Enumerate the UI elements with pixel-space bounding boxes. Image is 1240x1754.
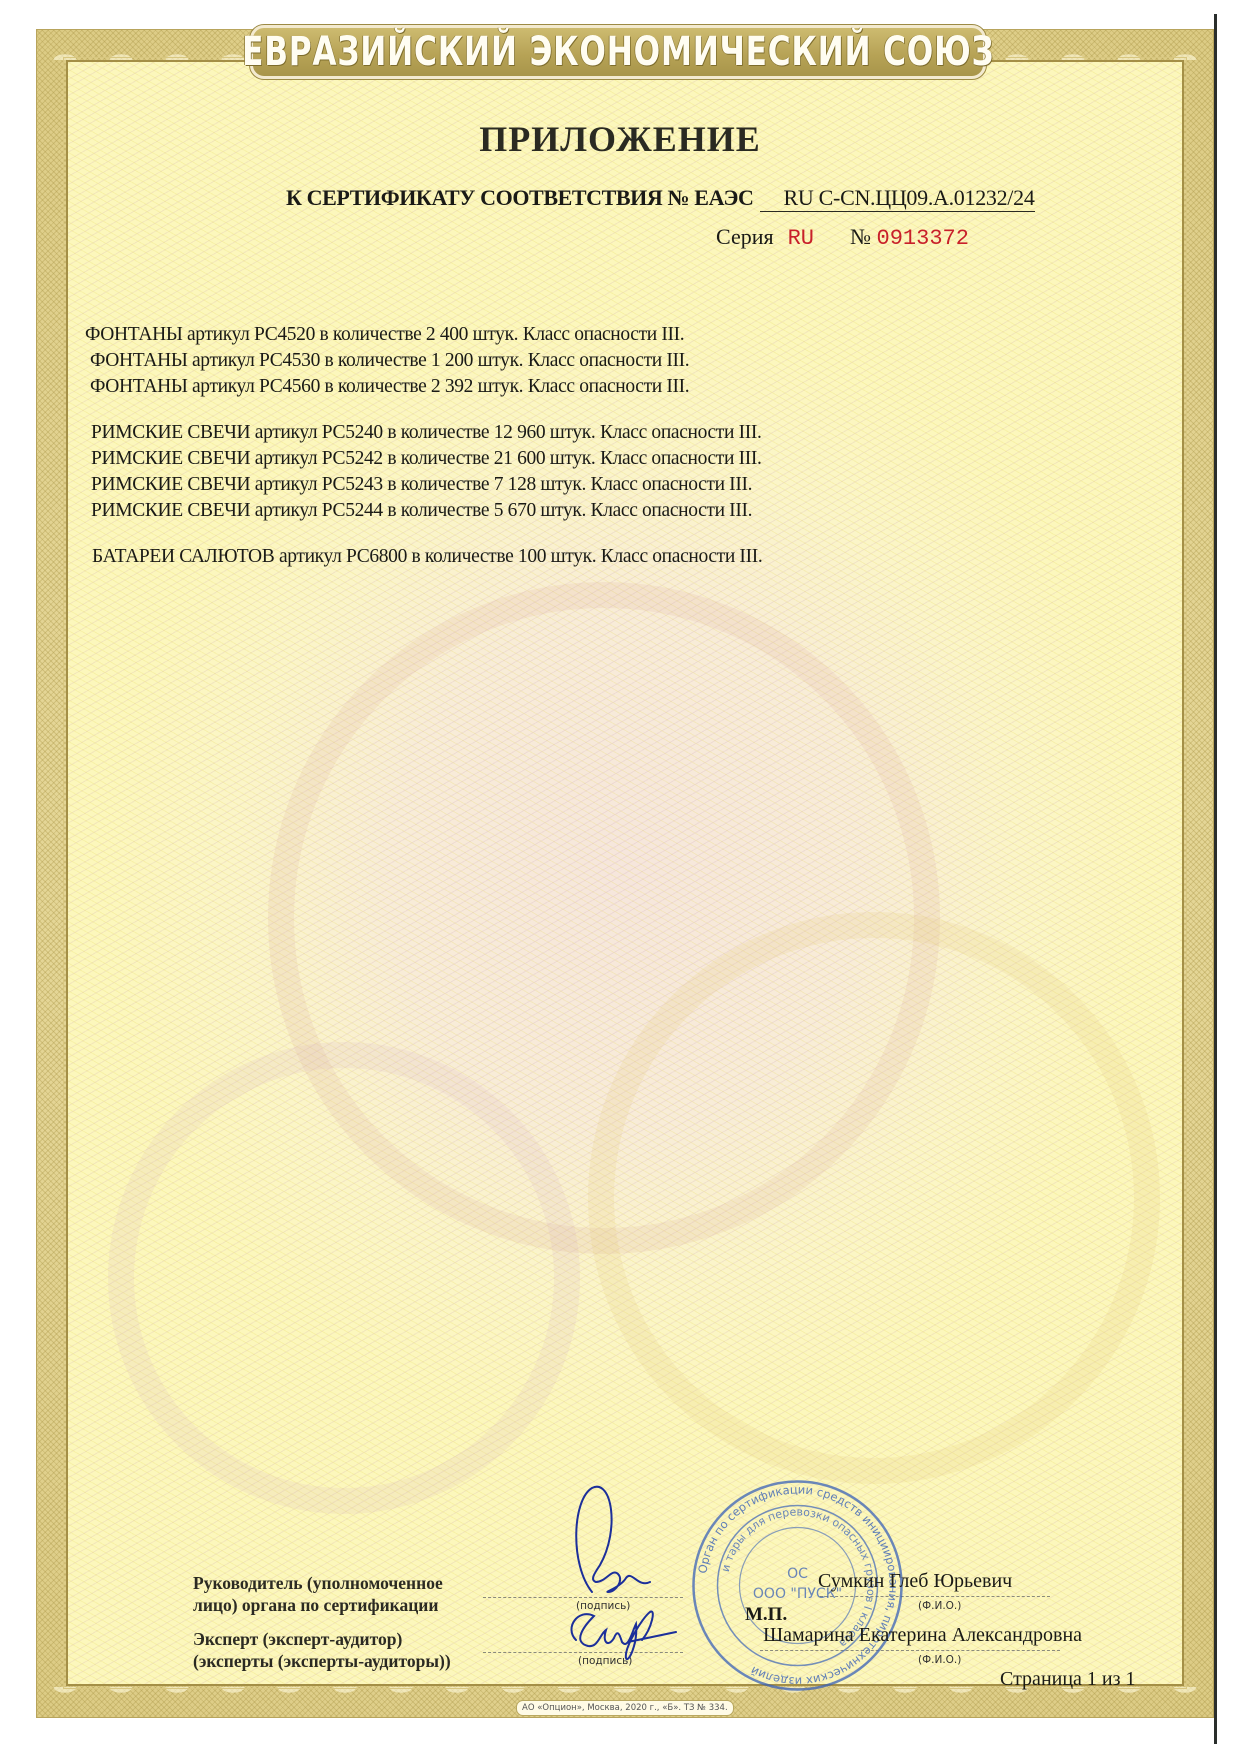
union-banner-text: ЕВРАЗИЙСКИЙ ЭКОНОМИЧЕСКИЙ СОЮЗ [242, 29, 994, 75]
page-indicator: Страница 1 из 1 [1000, 1668, 1136, 1691]
expert-label: Эксперт (эксперт-аудитор) (эксперты (экс… [193, 1628, 451, 1672]
product-name: РИМСКИЕ СВЕЧИ [91, 448, 250, 469]
list-item: РИМСКИЕ СВЕЧИ артикул РС5242 в количеств… [91, 446, 762, 472]
series-value: RU [788, 226, 814, 251]
product-details: артикул РС4530 в количестве 1 200 штук. … [187, 350, 689, 371]
expert-name: Шамарина Екатерина Александровна [763, 1624, 1082, 1647]
product-details: артикул РС5240 в количестве 12 960 штук.… [250, 422, 761, 443]
head-of-body-label: Руководитель (уполномоченное лицо) орган… [193, 1572, 443, 1616]
head-signature [560, 1470, 710, 1610]
list-item: ФОНТАНЫ артикул РС4520 в количестве 2 40… [85, 322, 762, 348]
scanner-edge-line [1214, 14, 1217, 1744]
list-item: РИМСКИЕ СВЕЧИ артикул РС5243 в количеств… [91, 472, 762, 498]
seal-placeholder-label: М.П. [745, 1604, 787, 1626]
certificate-number: RU C-CN.ЦЦ09.А.01232/24 [760, 185, 1035, 212]
product-name: БАТАРЕИ САЛЮТОВ [92, 546, 274, 567]
product-name: ФОНТАНЫ [90, 376, 187, 397]
expert-fio-caption: (Ф.И.О.) [918, 1654, 961, 1666]
list-item: РИМСКИЕ СВЕЧИ артикул РС5240 в количеств… [91, 420, 762, 446]
product-details: артикул РС4560 в количестве 2 392 штук. … [187, 376, 689, 397]
list-item: БАТАРЕИ САЛЮТОВ артикул РС6800 в количес… [92, 544, 762, 570]
product-name: РИМСКИЕ СВЕЧИ [91, 500, 250, 521]
product-details: артикул РС6800 в количестве 100 штук. Кл… [274, 546, 762, 567]
head-fio-caption: (Ф.И.О.) [918, 1600, 961, 1612]
list-item: РИМСКИЕ СВЕЧИ артикул РС5244 в количеств… [91, 498, 762, 524]
blank-serial-number: 0913372 [877, 226, 969, 251]
head-name: Сумкин Глеб Юрьевич [818, 1570, 1012, 1593]
product-group-roman-candles: РИМСКИЕ СВЕЧИ артикул РС5240 в количеств… [85, 420, 762, 524]
series-label: Серия [716, 224, 774, 249]
product-name: ФОНТАНЫ [90, 350, 187, 371]
certificate-reference: К СЕРТИФИКАТУ СООТВЕТСТВИЯ № ЕАЭСRU C-CN… [286, 185, 1035, 212]
expert-label-line2: (эксперты (эксперты-аудиторы)) [193, 1650, 451, 1672]
printer-info: АО «Опцион», Москва, 2020 г., «Б». ТЗ № … [516, 1700, 734, 1716]
product-name: ФОНТАНЫ [85, 324, 182, 345]
guilloche-arc [588, 912, 1160, 1484]
list-item: ФОНТАНЫ артикул РС4560 в количестве 2 39… [85, 374, 762, 400]
product-list: ФОНТАНЫ артикул РС4520 в количестве 2 40… [85, 322, 762, 590]
head-label-line1: Руководитель (уполномоченное [193, 1572, 443, 1594]
stamp-center-line1: ОС [787, 1566, 808, 1582]
expert-label-line1: Эксперт (эксперт-аудитор) [193, 1628, 451, 1650]
product-group-fountains: ФОНТАНЫ артикул РС4520 в количестве 2 40… [85, 322, 762, 400]
product-details: артикул РС5243 в количестве 7 128 штук. … [250, 474, 752, 495]
product-details: артикул РС4520 в количестве 2 400 штук. … [182, 324, 684, 345]
series-number-line: СерияRU№ 0913372 [716, 224, 969, 251]
head-label-line2: лицо) органа по сертификации [193, 1594, 443, 1616]
product-group-firework-batteries: БАТАРЕИ САЛЮТОВ артикул РС6800 в количес… [85, 544, 762, 570]
list-item: ФОНТАНЫ артикул РС4530 в количестве 1 20… [85, 348, 762, 374]
product-details: артикул РС5244 в количестве 5 670 штук. … [250, 500, 752, 521]
number-label: № [850, 224, 871, 249]
guilloche-arc [108, 1042, 580, 1514]
document-body-background [66, 60, 1184, 1686]
expert-signature [558, 1598, 708, 1668]
product-details: артикул РС5242 в количестве 21 600 штук.… [250, 448, 761, 469]
product-name: РИМСКИЕ СВЕЧИ [91, 474, 250, 495]
certificate-label: К СЕРТИФИКАТУ СООТВЕТСТВИЯ № ЕАЭС [286, 185, 754, 210]
union-banner: ЕВРАЗИЙСКИЙ ЭКОНОМИЧЕСКИЙ СОЮЗ [250, 25, 986, 79]
product-name: РИМСКИЕ СВЕЧИ [91, 422, 250, 443]
page-title: ПРИЛОЖЕНИЕ [0, 118, 1240, 160]
